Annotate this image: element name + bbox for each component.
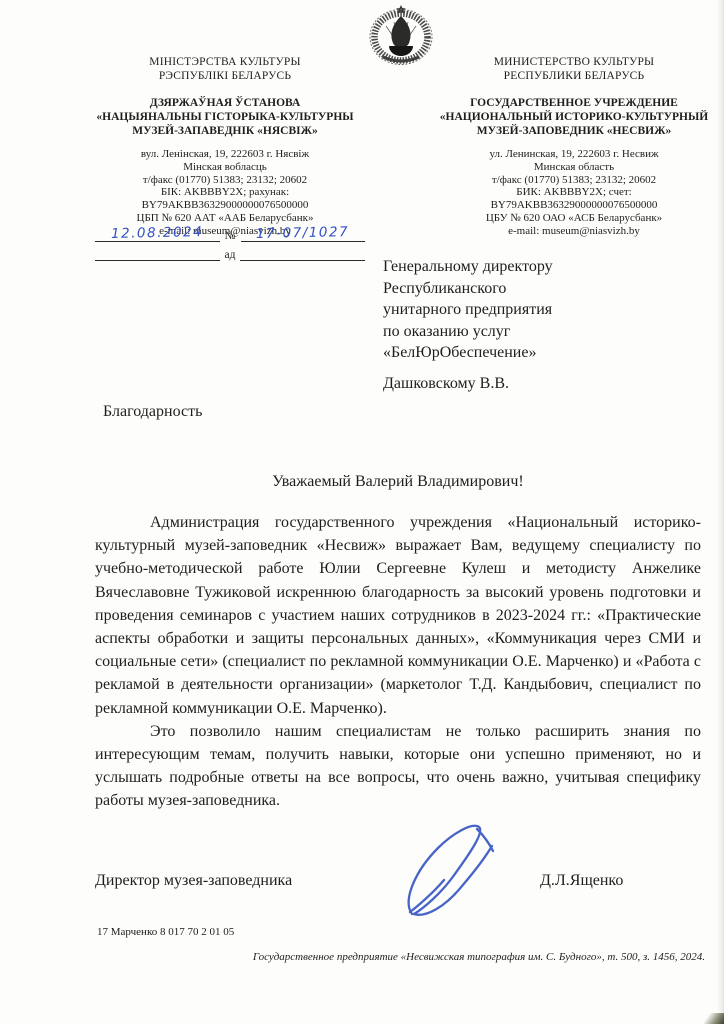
address-line: т/факс (01770) 51383; 23132; 20602: [428, 174, 720, 187]
blank-field: [240, 241, 365, 261]
letterhead-left-column: МІНІСТЭРСТВА КУЛЬТУРЫ РЭСПУБЛІКІ БЕЛАРУС…: [84, 55, 366, 238]
number-sign-label: №: [220, 230, 241, 242]
address-line: БІК: AKBBBY2X; рахунак:: [84, 186, 366, 199]
printing-house-imprint: Государственное предприятие «Несвижская …: [95, 951, 705, 963]
org-line: ДЗЯРЖАЎНАЯ ЎСТАНОВА: [84, 96, 366, 110]
org-line: «НАЦИОНАЛЬНЫЙ ИСТОРИКО-КУЛЬТУРНЫЙ: [428, 110, 720, 124]
addressee-line: унитарного предприятия: [383, 299, 688, 321]
reply-to-label: ад: [220, 249, 241, 261]
ministry-line: МИНИСТЕРСТВО КУЛЬТУРЫ: [428, 55, 720, 69]
organization-name-ru: ГОСУДАРСТВЕННОЕ УЧРЕЖДЕНИЕ «НАЦИОНАЛЬНЫЙ…: [428, 96, 720, 138]
org-line: «НАЦЫЯНАЛЬНЫ ГІСТОРЫКА-КУЛЬТУРНЫ: [84, 110, 366, 124]
ministry-line: РЕСПУБЛИКИ БЕЛАРУСЬ: [428, 69, 720, 83]
reference-block: 12.08.2024 № 17-07/1027 ад: [95, 223, 365, 261]
address-line: e-mail: museum@niasvizh.by: [428, 225, 720, 238]
handwritten-signature: [388, 820, 518, 922]
letterhead-right-column: МИНИСТЕРСТВО КУЛЬТУРЫ РЕСПУБЛИКИ БЕЛАРУС…: [428, 55, 720, 238]
scanned-letter-page: МІНІСТЭРСТВА КУЛЬТУРЫ РЭСПУБЛІКІ БЕЛАРУС…: [0, 0, 724, 1024]
blank-field: [95, 241, 220, 261]
addressee-line: Республиканского: [383, 278, 688, 300]
executor-contact-line: 17 Марченко 8 017 70 2 01 05: [97, 926, 234, 938]
scan-corner-artifact: [698, 1013, 724, 1024]
document-type-title: Благодарность: [103, 403, 202, 421]
addressee-line: Генеральному директору: [383, 256, 688, 278]
address-line: ЦБУ № 620 ОАО «АСБ Беларусбанк»: [428, 212, 720, 225]
address-line: БИК: AKBBBY2X; счет:: [428, 186, 720, 199]
ministry-name-ru: МИНИСТЕРСТВО КУЛЬТУРЫ РЕСПУБЛИКИ БЕЛАРУС…: [428, 55, 720, 83]
address-line: вул. Ленінская, 19, 222603 г. Нясвіж: [84, 148, 366, 161]
org-line: ГОСУДАРСТВЕННОЕ УЧРЕЖДЕНИЕ: [428, 96, 720, 110]
body-paragraph: Администрация государственного учреждени…: [95, 511, 701, 720]
addressee-block: Генеральному директору Республиканского …: [383, 256, 688, 394]
date-number-row: 12.08.2024 № 17-07/1027: [95, 223, 365, 242]
ministry-name-by: МІНІСТЭРСТВА КУЛЬТУРЫ РЭСПУБЛІКІ БЕЛАРУС…: [84, 55, 366, 83]
addressee-line: по оказанию услуг: [383, 321, 688, 343]
handwritten-number: 17-07/1027: [256, 225, 349, 242]
address-line: т/факс (01770) 51383; 23132; 20602: [84, 174, 366, 187]
number-field: 17-07/1027: [241, 222, 366, 242]
date-field: 12.08.2024: [95, 222, 220, 242]
address-line: BY79AKBB36329000000076500000: [428, 199, 720, 212]
reply-to-row: ад: [95, 242, 365, 261]
body-paragraph: Это позволило нашим специалистам не толь…: [95, 720, 701, 813]
addressee-line: «БелЮрОбеспечение»: [383, 342, 688, 364]
address-line: ул. Ленинская, 19, 222603 г. Несвиж: [428, 148, 720, 161]
org-line: МУЗЕЙ-ЗАПАВЕДНІК «НЯСВІЖ»: [84, 124, 366, 138]
signer-position: Директор музея-заповедника: [95, 872, 292, 890]
salutation: Уважаемый Валерий Владимирович!: [95, 473, 701, 491]
signer-name: Д.Л.Ященко: [540, 872, 623, 890]
org-line: МУЗЕЙ-ЗАПОВЕДНИК «НЕСВИЖ»: [428, 124, 720, 138]
ministry-line: МІНІСТЭРСТВА КУЛЬТУРЫ: [84, 55, 366, 69]
address-line: Минская область: [428, 161, 720, 174]
letter-body: Администрация государственного учреждени…: [95, 511, 701, 813]
ministry-line: РЭСПУБЛІКІ БЕЛАРУСЬ: [84, 69, 366, 83]
addressee-name: Дашковскому В.В.: [383, 373, 688, 395]
address-block-ru: ул. Ленинская, 19, 222603 г. Несвиж Минс…: [428, 148, 720, 238]
organization-name-by: ДЗЯРЖАЎНАЯ ЎСТАНОВА «НАЦЫЯНАЛЬНЫ ГІСТОРЫ…: [84, 96, 366, 138]
address-line: Мінская вобласць: [84, 161, 366, 174]
handwritten-date: 12.08.2024: [111, 225, 204, 242]
address-line: BY79AKBB36329000000076500000: [84, 199, 366, 212]
